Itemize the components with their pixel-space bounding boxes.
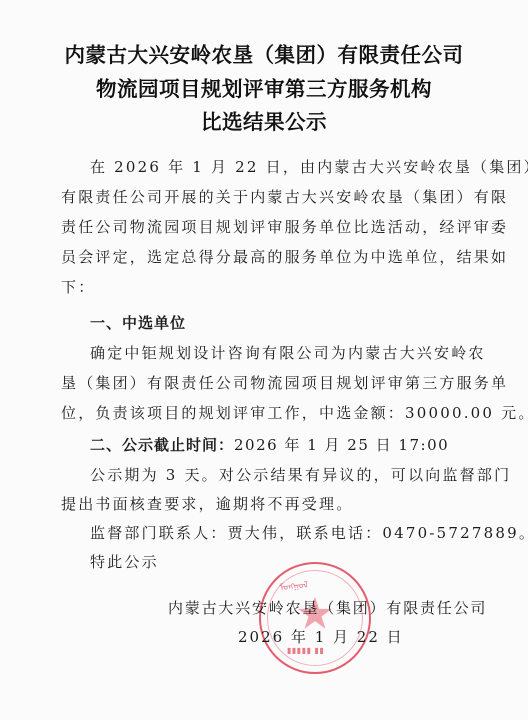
contact-line: 监督部门联系人：贾大伟，联系电话：0470-5727889。 [90,522,528,543]
official-seal: ᠮᠣᠩᠭᠣᠯ ★ ▮▮▮▮▮ ▮▮ [259,562,371,674]
section2-line-1: 公示期为 3 天。对公示结果有异议的，可以向监督部门 [90,464,511,485]
section2-heading-label: 二、公示截止时间： [90,436,234,454]
section2-line-2: 提出书面核查要求，逾期将不再受理。 [61,493,353,514]
section1-line-1: 确定中钜规划设计咨询有限公司为内蒙古大兴安岭农 [90,342,486,363]
deadline-value: 2026 年 1 月 25 日 17:00 [234,436,449,454]
section1-line-2: 垦（集团）有限责任公司物流园项目规划评审第三方服务单 [61,372,508,393]
seal-code-text: ▮▮▮▮▮ ▮▮ [287,646,347,658]
intro-line-1: 在 2026 年 1 月 22 日，由内蒙古大兴安岭农垦（集团） [90,156,528,177]
intro-line-4: 员会评定，选定总得分最高的服务单位为中选单位，结果如 [61,246,508,267]
intro-line-2: 有限责任公司开展的关于内蒙古大兴安岭农垦（集团）有限 [61,186,508,207]
signature-date: 2026 年 1 月 22 日 [238,626,404,647]
title-line-3: 比选结果公示 [0,105,528,135]
intro-line-3: 责任公司物流园项目规划评审服务单位比选活动，经评审委 [61,216,508,237]
title-line-1: 内蒙古大兴安岭农垦（集团）有限责任公司 [0,38,528,68]
signature-organization: 内蒙古大兴安岭农垦（集团）有限责任公司 [168,597,487,618]
section1-line-3: 位，负责该项目的规划评审工作，中选金额：30000.00 元。 [61,402,528,423]
closing-line: 特此公示 [90,551,159,572]
section2-heading: 二、公示截止时间：2026 年 1 月 25 日 17:00 [90,434,449,455]
intro-line-5: 下： [61,276,95,297]
section1-heading: 一、中选单位 [90,312,186,333]
title-line-2: 物流园项目规划评审第三方服务机构 [0,72,528,102]
